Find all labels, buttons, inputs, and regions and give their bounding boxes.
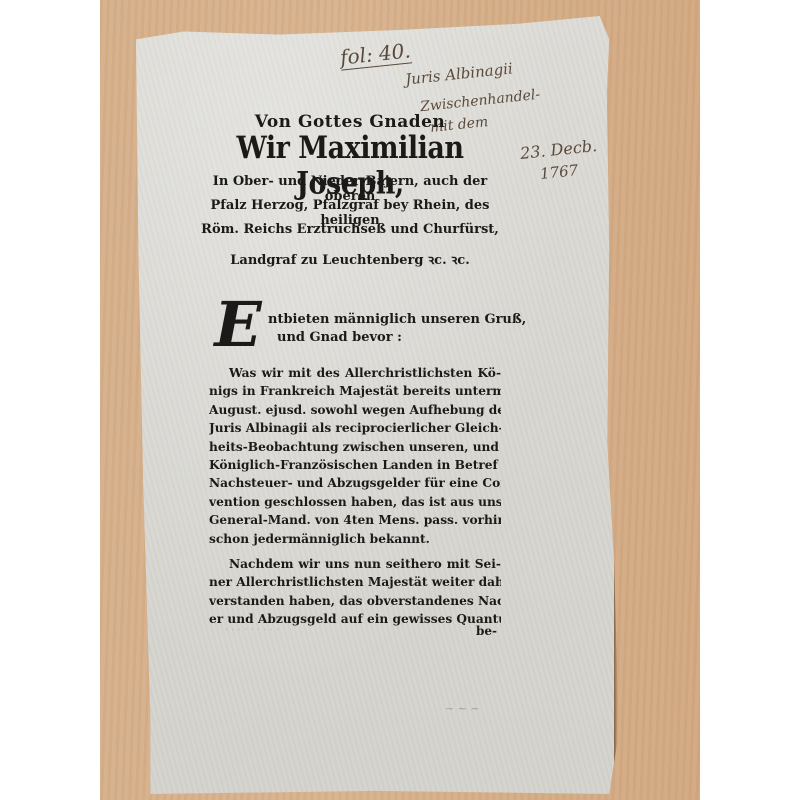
text-line: er und Abzugsgeld auf ein gewisses Quant… <box>209 610 501 628</box>
text-line: verstanden haben, das obverstandenes Nac… <box>209 592 501 610</box>
faint-pencil-mark: ~ ~ ~ <box>445 702 480 715</box>
text-line: Königlich-Französischen Landen in Betref… <box>209 456 501 474</box>
title-line: Landgraf zu Leuchtenberg ꝛc. ꝛc. <box>200 250 500 268</box>
text-line: Juris Albinagii als reciprocierlicher Gl… <box>209 419 501 437</box>
catchword: be- <box>476 624 497 638</box>
text-line: ner Allerchristlichsten Majestät weiter … <box>209 573 501 591</box>
paragraph-convention: Was wir mit des Allerchristlichsten Kö- … <box>209 364 501 548</box>
text-line: schon jedermänniglich bekannt. <box>209 530 501 548</box>
text-line: nigs in Frankreich Majestät bereits unte… <box>209 382 501 400</box>
text-line: heits-Beobachtung zwischen unseren, und … <box>209 438 501 456</box>
text-line: Nachsteuer- und Abzugsgelder für eine Co… <box>209 474 501 492</box>
greeting-line: ntbieten männiglich unseren Gruß, <box>268 312 526 327</box>
greeting-line: und Gnad bevor : <box>277 330 402 345</box>
text-line: August. ejusd. sowohl wegen Aufhebung de… <box>209 401 501 419</box>
title-line: Röm. Reichs Erztruchseß und Churfürst, <box>200 222 500 237</box>
text-line: Nachdem wir uns nun seithero mit Sei- <box>209 555 501 573</box>
decorated-initial: E <box>208 293 268 357</box>
text-line: Was wir mit des Allerchristlichsten Kö- <box>209 364 501 382</box>
text-line: vention geschlossen haben, das ist aus u… <box>209 493 501 511</box>
heading-by-grace-of-god: Von Gottes Gnaden <box>200 112 500 132</box>
text-line: General-Mand. von 4ten Mens. pass. vorhi… <box>209 511 501 529</box>
paragraph-agreement: Nachdem wir uns nun seithero mit Sei- ne… <box>209 555 501 629</box>
